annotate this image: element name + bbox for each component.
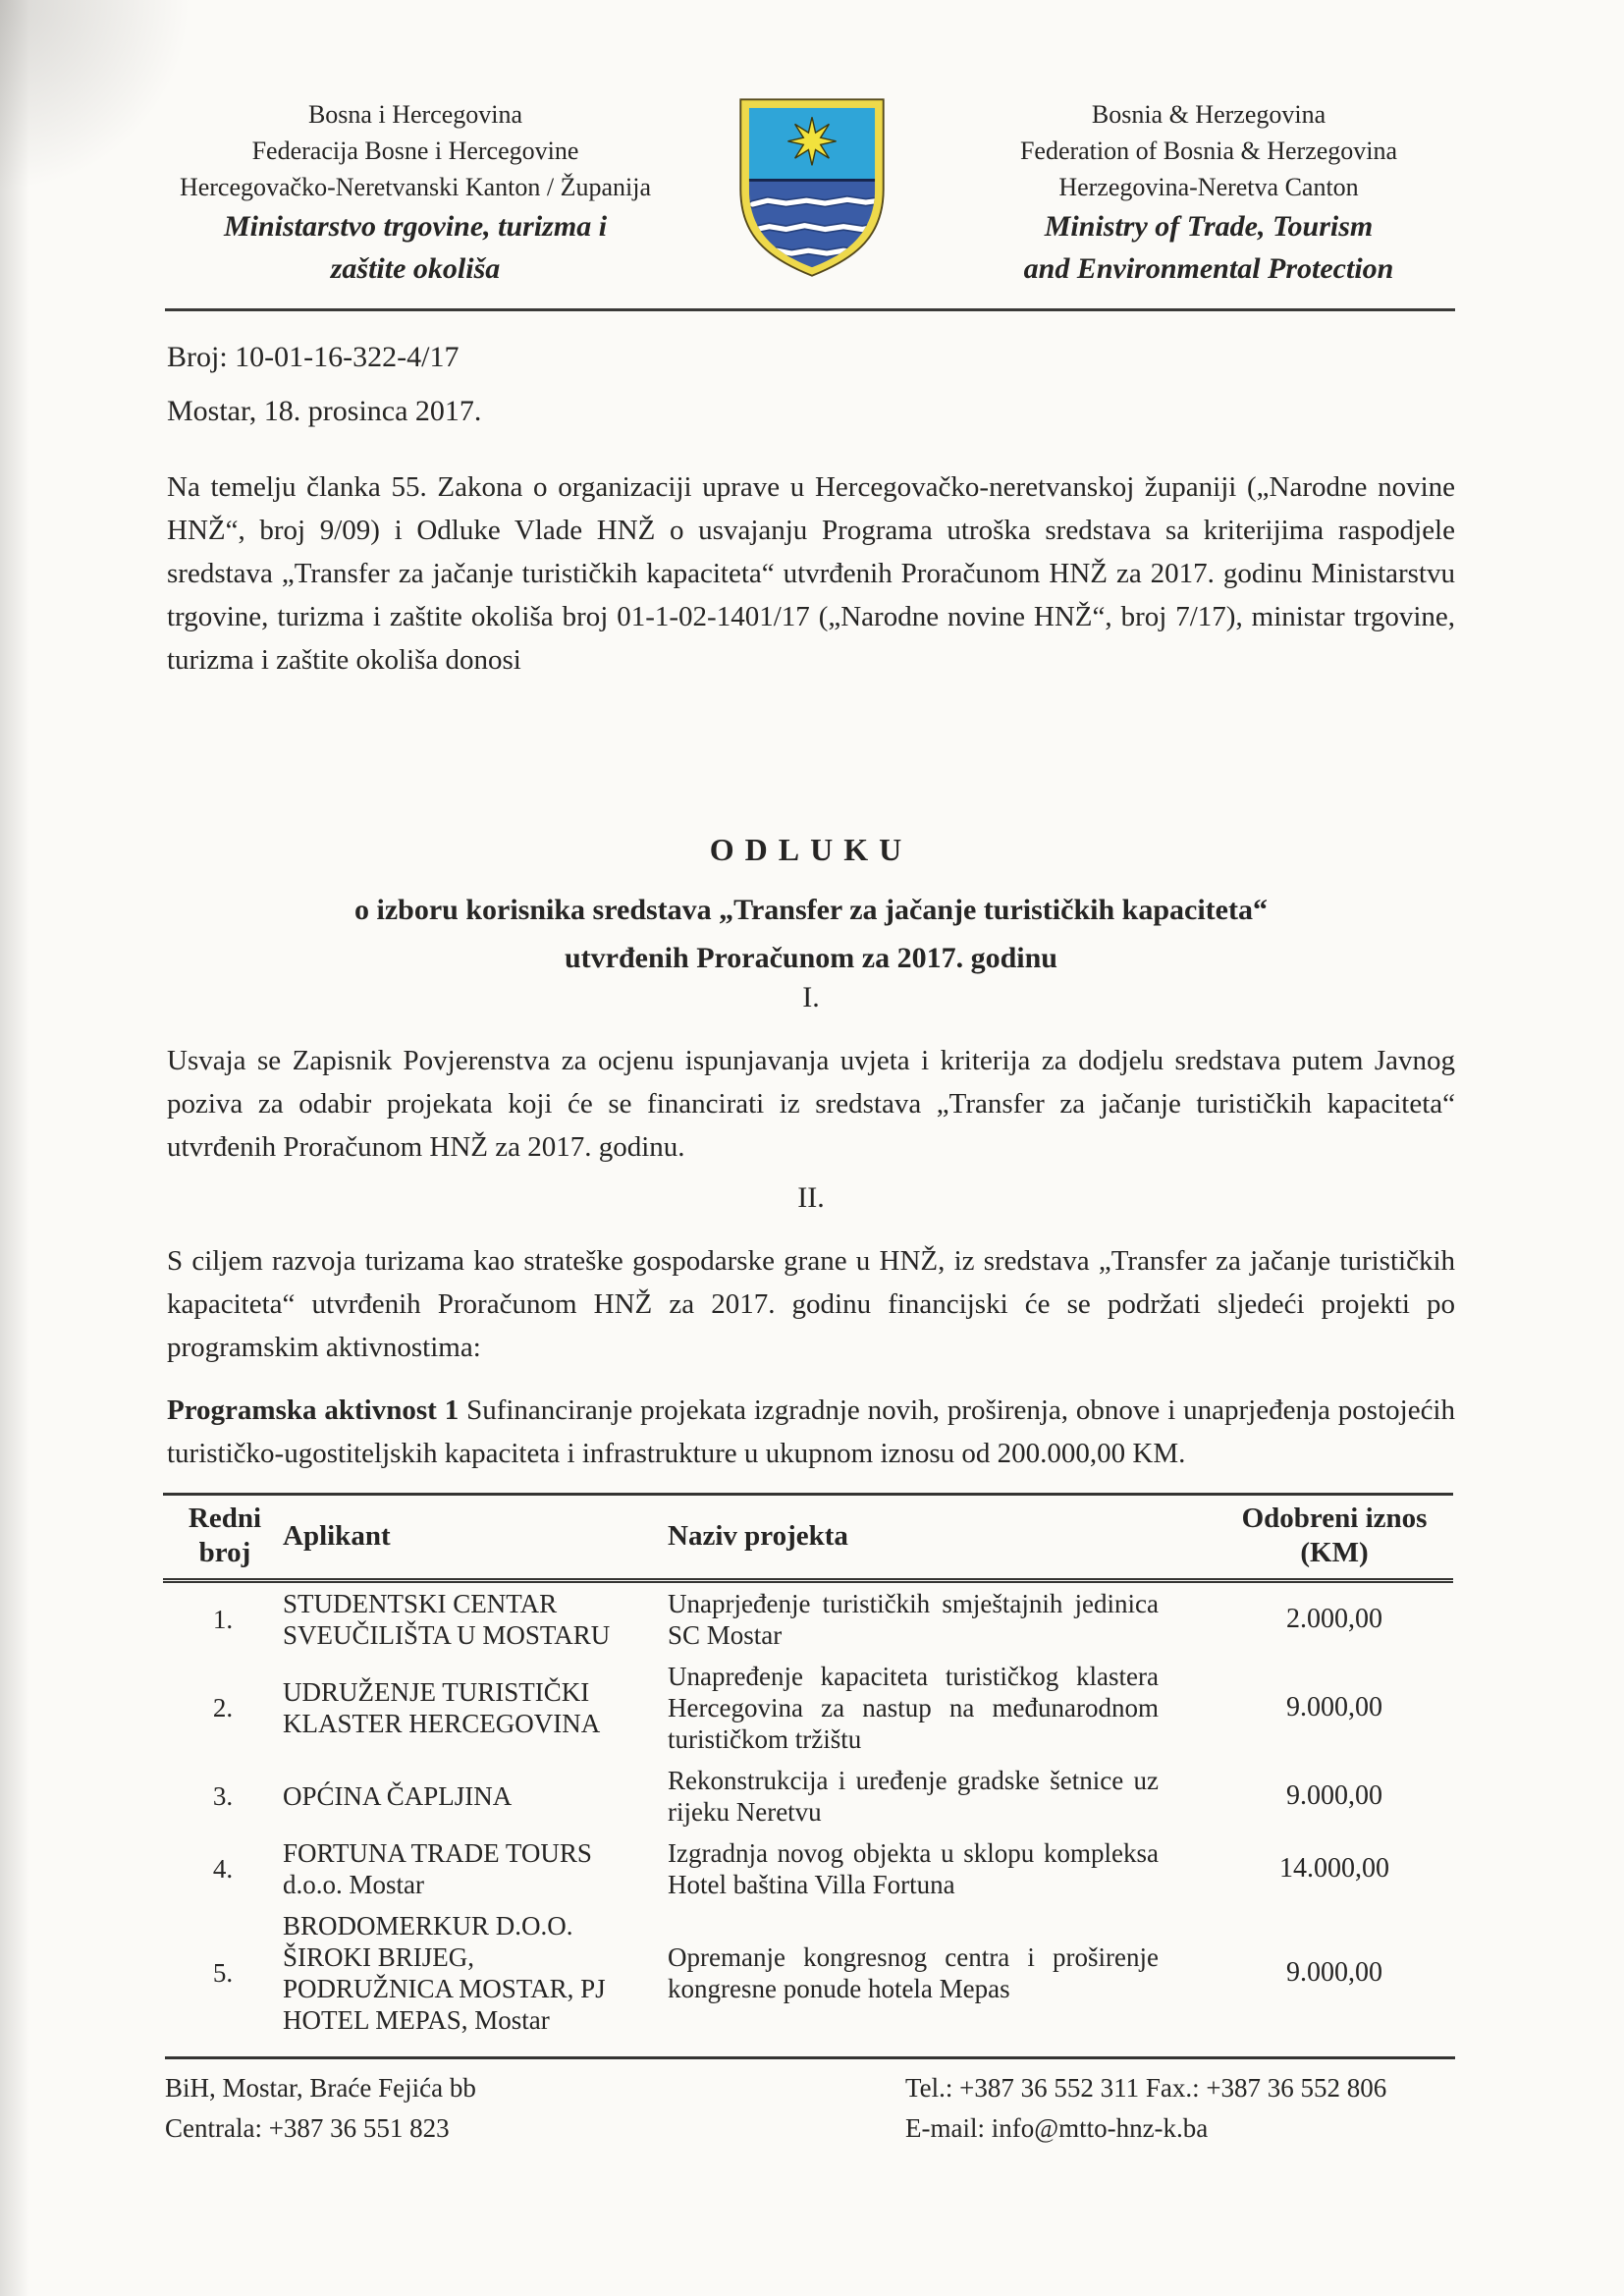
- canton-name-hr: Hercegovačko-Neretvanski Kanton / Župani…: [110, 169, 721, 205]
- page-footer: BiH, Mostar, Braće Fejića bb Centrala: +…: [165, 2056, 1455, 2149]
- col-header-aplikant: Aplikant: [283, 1495, 668, 1581]
- project-cell: Unaprjeđenje turističkih smještajnih jed…: [668, 1581, 1216, 1657]
- canton-name-en: Herzegovina-Neretva Canton: [903, 169, 1514, 205]
- document-page: Bosna i Hercegovina Federacija Bosne i H…: [0, 0, 1624, 2296]
- col-header-odobreni-iznos: Odobreni iznos (KM): [1216, 1495, 1453, 1581]
- letterhead-left: Bosna i Hercegovina Federacija Bosne i H…: [110, 90, 721, 290]
- section-1-paragraph: Usvaja se Zapisnik Povjerenstva za ocjen…: [167, 1039, 1455, 1169]
- amount-cell: 2.000,00: [1216, 1581, 1453, 1657]
- row-number: 4.: [163, 1832, 283, 1905]
- project-cell: Rekonstrukcija i uređenje gradske šetnic…: [668, 1760, 1216, 1832]
- footer-email: E-mail: info@mtto-hnz-k.ba: [905, 2108, 1455, 2149]
- col-header-naziv-projekta: Naziv projekta: [668, 1495, 1216, 1581]
- footer-address: BiH, Mostar, Braće Fejića bb: [165, 2068, 476, 2108]
- applicant-cell: BRODOMERKUR D.O.O. ŠIROKI BRIJEG, PODRUŽ…: [283, 1905, 668, 2041]
- applicant-cell: FORTUNA TRADE TOURS d.o.o. Mostar: [283, 1832, 668, 1905]
- row-number: 5.: [163, 1905, 283, 2041]
- federation-name-en: Federation of Bosnia & Herzegovina: [903, 133, 1514, 169]
- table-row: 4. FORTUNA TRADE TOURS d.o.o. Mostar Izg…: [163, 1832, 1453, 1905]
- doc-number: Broj: 10-01-16-322-4/17: [167, 330, 481, 384]
- letterhead-right: Bosnia & Herzegovina Federation of Bosni…: [903, 90, 1514, 290]
- ministry-name-en-line2: and Environmental Protection: [903, 247, 1514, 290]
- table-row: 1. STUDENTSKI CENTAR SVEUČILIŠTA U MOSTA…: [163, 1581, 1453, 1657]
- amount-cell: 9.000,00: [1216, 1656, 1453, 1760]
- table-row: 2. UDRUŽENJE TURISTIČKI KLASTER HERCEGOV…: [163, 1656, 1453, 1760]
- applicant-cell: STUDENTSKI CENTAR SVEUČILIŠTA U MOSTARU: [283, 1581, 668, 1657]
- star-icon: [787, 117, 836, 165]
- row-number: 2.: [163, 1656, 283, 1760]
- applicant-cell: OPĆINA ČAPLJINA: [283, 1760, 668, 1832]
- preamble-paragraph: Na temelju članka 55. Zakona o organizac…: [167, 465, 1455, 682]
- applicant-cell: UDRUŽENJE TURISTIČKI KLASTER HERCEGOVINA: [283, 1656, 668, 1760]
- table-row: 3. OPĆINA ČAPLJINA Rekonstrukcija i uređ…: [163, 1760, 1453, 1832]
- footer-left: BiH, Mostar, Braće Fejića bb Centrala: +…: [165, 2068, 476, 2149]
- decision-subtitle-1: o izboru korisnika sredstava „Transfer z…: [167, 886, 1455, 934]
- section-1: I. Usvaja se Zapisnik Povjerenstva za oc…: [167, 976, 1455, 1169]
- section-2-numeral: II.: [167, 1176, 1455, 1220]
- herzegovina-neretva-coat-of-arms-icon: [729, 90, 895, 285]
- doc-meta: Broj: 10-01-16-322-4/17 Mostar, 18. pros…: [167, 330, 481, 438]
- country-name-hr: Bosna i Hercegovina: [110, 96, 721, 133]
- footer-right: Tel.: +387 36 552 311 Fax.: +387 36 552 …: [905, 2068, 1455, 2149]
- projects-table: Redni broj Aplikant Naziv projekta Odobr…: [163, 1493, 1453, 2041]
- projects-table-wrap: Redni broj Aplikant Naziv projekta Odobr…: [163, 1493, 1453, 2041]
- row-number: 1.: [163, 1581, 283, 1657]
- section-2-paragraph: S ciljem razvoja turizama kao strateške …: [167, 1239, 1455, 1369]
- decision-title: ODLUKU: [167, 827, 1455, 872]
- doc-place-date: Mostar, 18. prosinca 2017.: [167, 384, 481, 438]
- ministry-name-hr-line2: zaštite okoliša: [110, 247, 721, 290]
- ministry-name-hr-line1: Ministarstvo trgovine, turizma i: [110, 205, 721, 247]
- amount-cell: 9.000,00: [1216, 1760, 1453, 1832]
- ministry-name-en-line1: Ministry of Trade, Tourism: [903, 205, 1514, 247]
- coat-of-arms: [721, 90, 903, 285]
- section-2: II. S ciljem razvoja turizama kao strate…: [167, 1176, 1455, 1475]
- project-cell: Unapređenje kapaciteta turističkog klast…: [668, 1656, 1216, 1760]
- amount-cell: 9.000,00: [1216, 1905, 1453, 2041]
- federation-name-hr: Federacija Bosne i Hercegovine: [110, 133, 721, 169]
- activity-label: Programska aktivnost 1: [167, 1394, 459, 1426]
- row-number: 3.: [163, 1760, 283, 1832]
- footer-central-phone: Centrala: +387 36 551 823: [165, 2108, 476, 2149]
- country-name-en: Bosnia & Herzegovina: [903, 96, 1514, 133]
- letterhead-divider: [165, 308, 1455, 311]
- letterhead: Bosna i Hercegovina Federacija Bosne i H…: [110, 90, 1514, 290]
- activity-paragraph: Programska aktivnost 1 Sufinanciranje pr…: [167, 1389, 1455, 1475]
- amount-cell: 14.000,00: [1216, 1832, 1453, 1905]
- project-cell: Izgradnja novog objekta u sklopu komplek…: [668, 1832, 1216, 1905]
- table-row: 5. BRODOMERKUR D.O.O. ŠIROKI BRIJEG, POD…: [163, 1905, 1453, 2041]
- footer-tel-fax: Tel.: +387 36 552 311 Fax.: +387 36 552 …: [905, 2068, 1455, 2108]
- section-1-numeral: I.: [167, 976, 1455, 1019]
- table-header-row: Redni broj Aplikant Naziv projekta Odobr…: [163, 1495, 1453, 1581]
- project-cell: Opremanje kongresnog centra i proširenje…: [668, 1905, 1216, 2041]
- decision-heading: ODLUKU o izboru korisnika sredstava „Tra…: [167, 827, 1455, 982]
- col-header-redni-broj: Redni broj: [163, 1495, 283, 1581]
- decision-subtitle-2: utvrđenih Proračunom za 2017. godinu: [167, 934, 1455, 982]
